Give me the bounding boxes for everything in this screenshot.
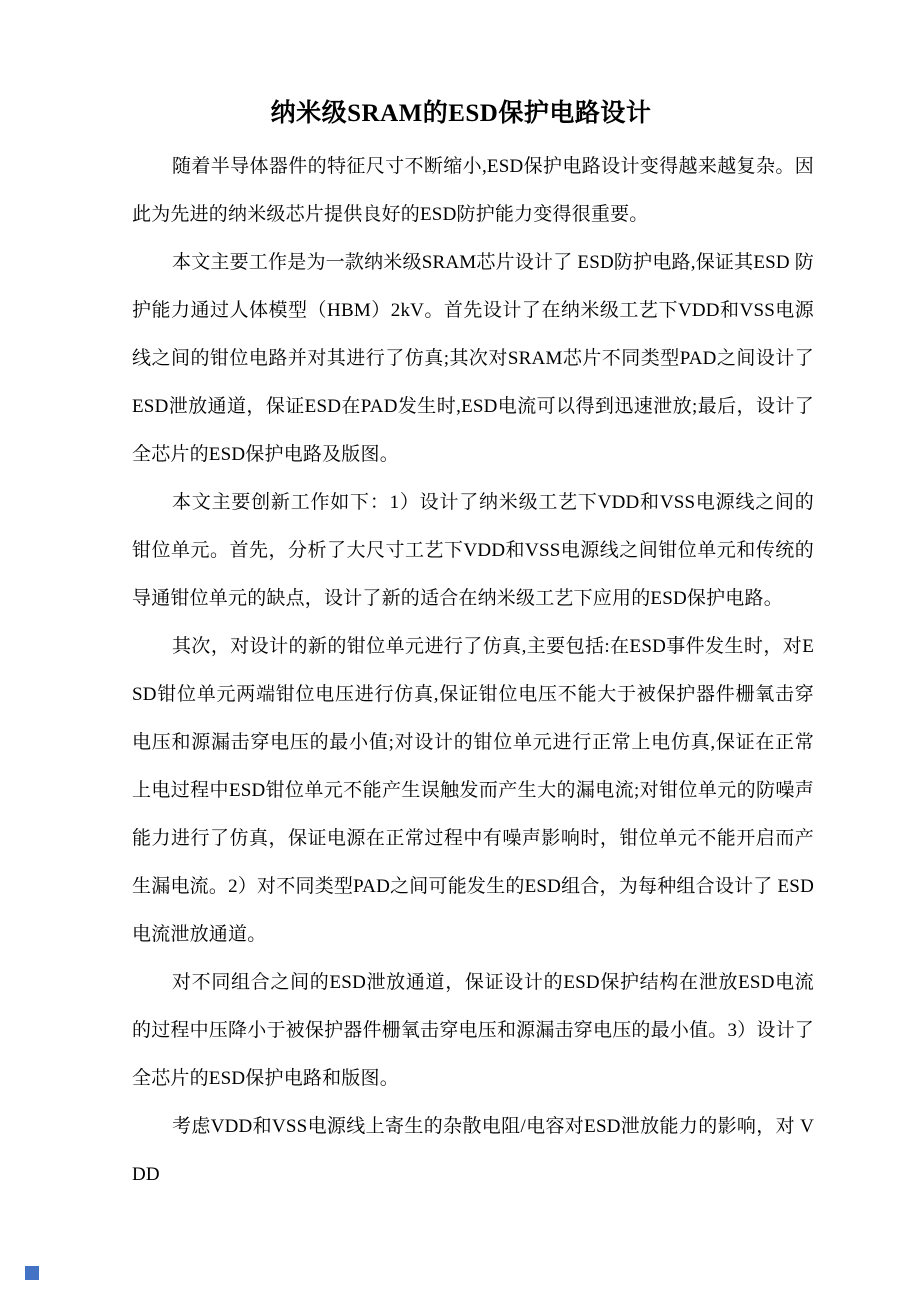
paragraph-innovation-1: 本文主要创新工作如下：1）设计了纳米级工艺下VDD和VSS电源线之间的钳位单元。… [132,479,814,623]
paragraph-simulation: 其次，对设计的新的钳位单元进行了仿真,主要包括:在ESD事件发生时，对ESD钳位… [132,623,814,959]
document-title: 纳米级SRAM的ESD保护电路设计 [120,94,802,134]
page-anchor-marker [25,1266,39,1280]
paragraph-main-work: 本文主要工作是为一款纳米级SRAM芯片设计了 ESD防护电路,保证其ESD 防护… [132,239,814,479]
paragraph-discharge-path: 对不同组合之间的ESD泄放通道，保证设计的ESD保护结构在泄放ESD电流 的过程… [132,959,814,1103]
document-body: 随着半导体器件的特征尺寸不断缩小,ESD保护电路设计变得越来越复杂。因此为先进的… [132,143,814,1199]
paragraph-intro: 随着半导体器件的特征尺寸不断缩小,ESD保护电路设计变得越来越复杂。因此为先进的… [132,143,814,239]
document-page: 纳米级SRAM的ESD保护电路设计 随着半导体器件的特征尺寸不断缩小,ESD保护… [0,0,920,1302]
paragraph-parasitics: 考虑VDD和VSS电源线上寄生的杂散电阻/电容对ESD泄放能力的影响，对 VDD [132,1103,814,1199]
